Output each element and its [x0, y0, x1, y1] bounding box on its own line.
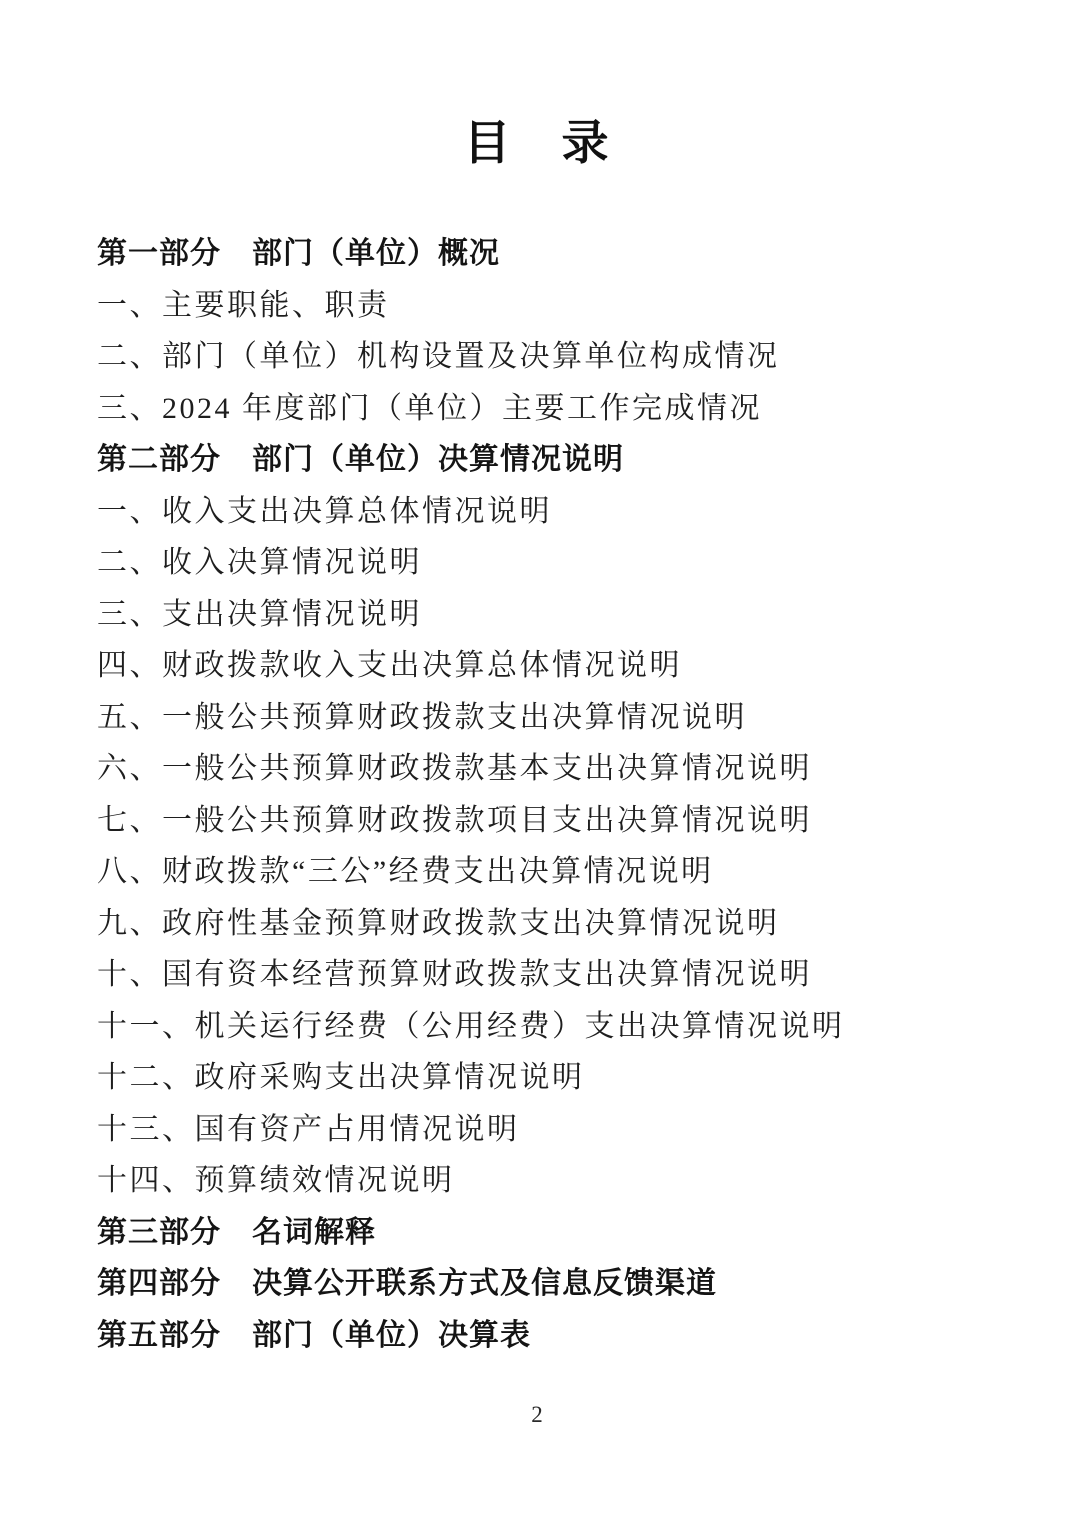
- toc-item-2-7: 七、一般公共预算财政拨款项目支出决算情况说明: [97, 795, 1034, 847]
- toc-item-2-1: 一、收入支出决算总体情况说明: [97, 486, 1034, 538]
- toc-section-part5: 第五部分 部门（单位）决算表: [97, 1310, 1034, 1362]
- toc-item-1-1: 一、主要职能、职责: [97, 280, 1034, 332]
- toc-item-2-12: 十二、政府采购支出决算情况说明: [97, 1052, 1034, 1104]
- toc-item-2-2: 二、收入决算情况说明: [97, 537, 1034, 589]
- toc-item-1-2: 二、部门（单位）机构设置及决算单位构成情况: [97, 331, 1034, 383]
- toc-section-part4: 第四部分 决算公开联系方式及信息反馈渠道: [97, 1258, 1034, 1310]
- page-number: 2: [0, 1402, 1074, 1428]
- toc-item-2-8: 八、财政拨款“三公”经费支出决算情况说明: [97, 846, 1034, 898]
- page-title: 目 录: [0, 0, 1074, 172]
- document-page: 目 录 第一部分 部门（单位）概况 一、主要职能、职责 二、部门（单位）机构设置…: [0, 0, 1074, 1520]
- toc-section-part3: 第三部分 名词解释: [97, 1207, 1034, 1259]
- toc-item-2-11: 十一、机关运行经费（公用经费）支出决算情况说明: [97, 1001, 1034, 1053]
- toc-item-2-13: 十三、国有资产占用情况说明: [97, 1104, 1034, 1156]
- toc-item-2-4: 四、财政拨款收入支出决算总体情况说明: [97, 640, 1034, 692]
- toc-item-2-6: 六、一般公共预算财政拨款基本支出决算情况说明: [97, 743, 1034, 795]
- toc-item-2-10: 十、国有资本经营预算财政拨款支出决算情况说明: [97, 949, 1034, 1001]
- toc-item-2-5: 五、一般公共预算财政拨款支出决算情况说明: [97, 692, 1034, 744]
- toc-section-part2: 第二部分 部门（单位）决算情况说明: [97, 434, 1034, 486]
- toc-item-2-9: 九、政府性基金预算财政拨款支出决算情况说明: [97, 898, 1034, 950]
- toc-item-2-14: 十四、预算绩效情况说明: [97, 1155, 1034, 1207]
- toc-item-1-3: 三、2024 年度部门（单位）主要工作完成情况: [97, 383, 1034, 435]
- toc-section-part1: 第一部分 部门（单位）概况: [97, 228, 1034, 280]
- toc-item-2-3: 三、支出决算情况说明: [97, 589, 1034, 641]
- table-of-contents: 第一部分 部门（单位）概况 一、主要职能、职责 二、部门（单位）机构设置及决算单…: [0, 228, 1074, 1361]
